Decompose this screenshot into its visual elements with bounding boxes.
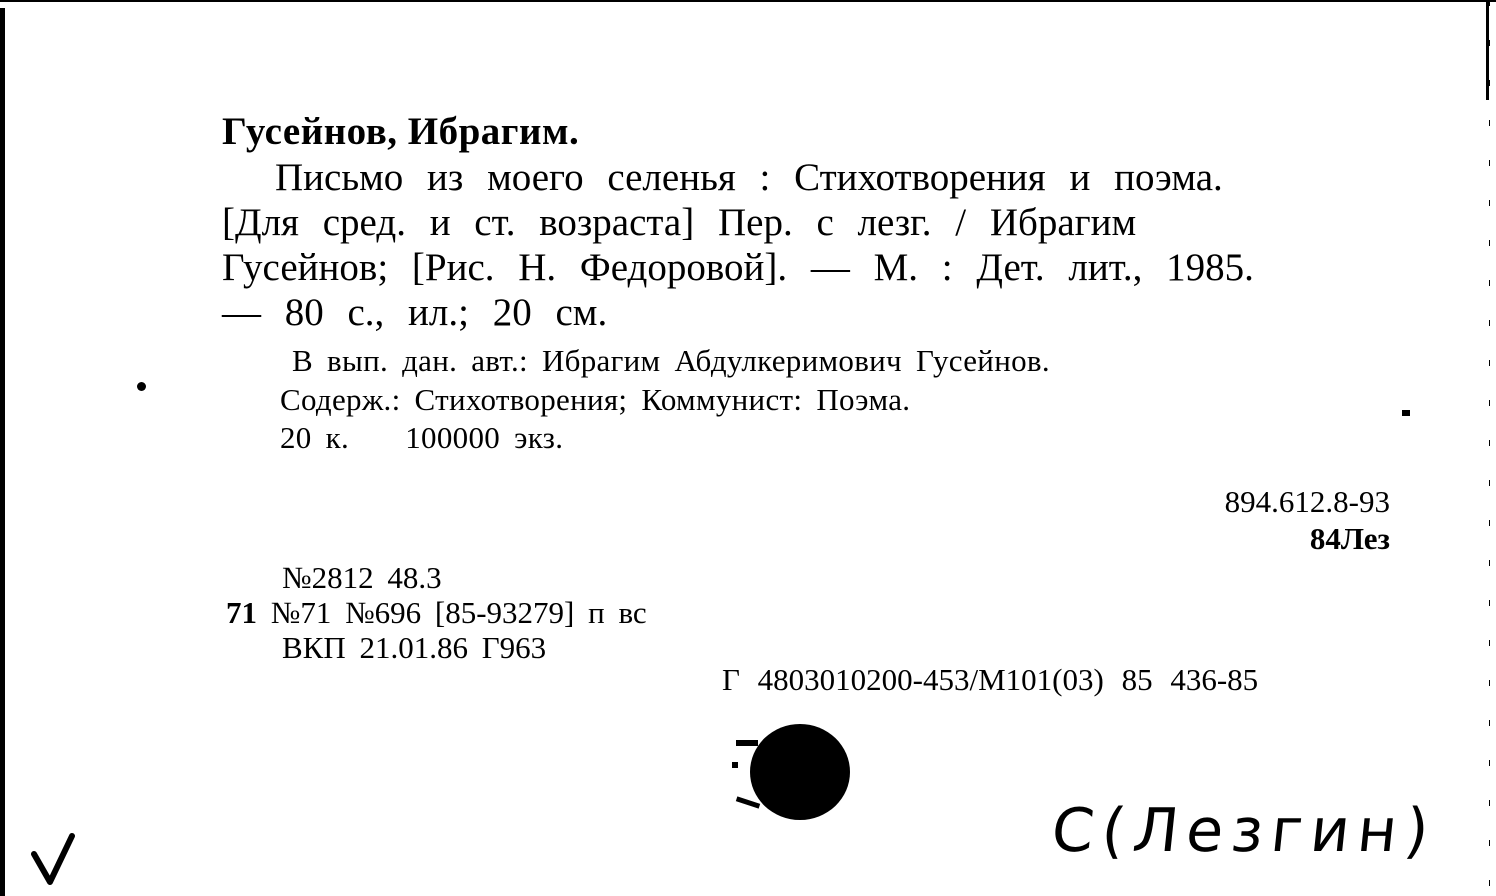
service-line-2: 71 №71 №696 [85-93279] п вс [226, 597, 647, 628]
service-line-3: ВКП 21.01.86 Г963 [282, 632, 546, 663]
scan-edge-top [0, 0, 1496, 2]
punch-hole-fragment [732, 762, 738, 768]
punch-hole [750, 724, 850, 820]
ink-speck [1402, 410, 1410, 416]
title-line-1: Письмо из моего селенья : Стихотворения … [275, 158, 1390, 197]
title-line-4: — 80 с., ил.; 20 см. [222, 293, 607, 332]
note-author-info: В вып. дан. авт.: Ибрагим Абдулкеримович… [292, 345, 1050, 376]
handwritten-note: С(Лезгин) [1048, 796, 1440, 866]
service-line-1: №2812 48.3 [282, 562, 442, 593]
title-text-1: Письмо из моего селенья : Стихотворения … [275, 158, 1223, 197]
punch-hole-fragment [736, 740, 758, 746]
scan-edge-left [0, 8, 5, 896]
service-line-2-rest: №71 №696 [85-93279] п вс [271, 595, 647, 630]
note-contents: Содерж.: Стихотворения; Коммунист: Поэма… [280, 384, 910, 415]
punch-hole-fragment [736, 796, 760, 808]
author-heading: Гусейнов, Ибрагим. [222, 112, 579, 151]
isbn-line: Г 4803010200-453/М101(03) 85 436-85 [722, 664, 1258, 695]
catalog-card: Гусейнов, Ибрагим. Письмо из моего селен… [0, 0, 1496, 896]
title-line-2: [Для сред. и ст. возраста] Пер. с лезг. … [222, 203, 1390, 242]
scan-edge-right-marks [1489, 0, 1490, 896]
title-line-3: Гусейнов; [Рис. Н. Федоровой]. — М. : Де… [222, 248, 1390, 287]
check-icon [30, 830, 80, 890]
note-price-print-run: 20 к. 100000 экз. [280, 422, 563, 453]
bbk-index: 894.612.8-93 [1225, 486, 1390, 517]
author-mark: 84Лез [1310, 523, 1390, 554]
ink-dot [137, 382, 146, 391]
service-line-2-lead: 71 [226, 595, 257, 630]
